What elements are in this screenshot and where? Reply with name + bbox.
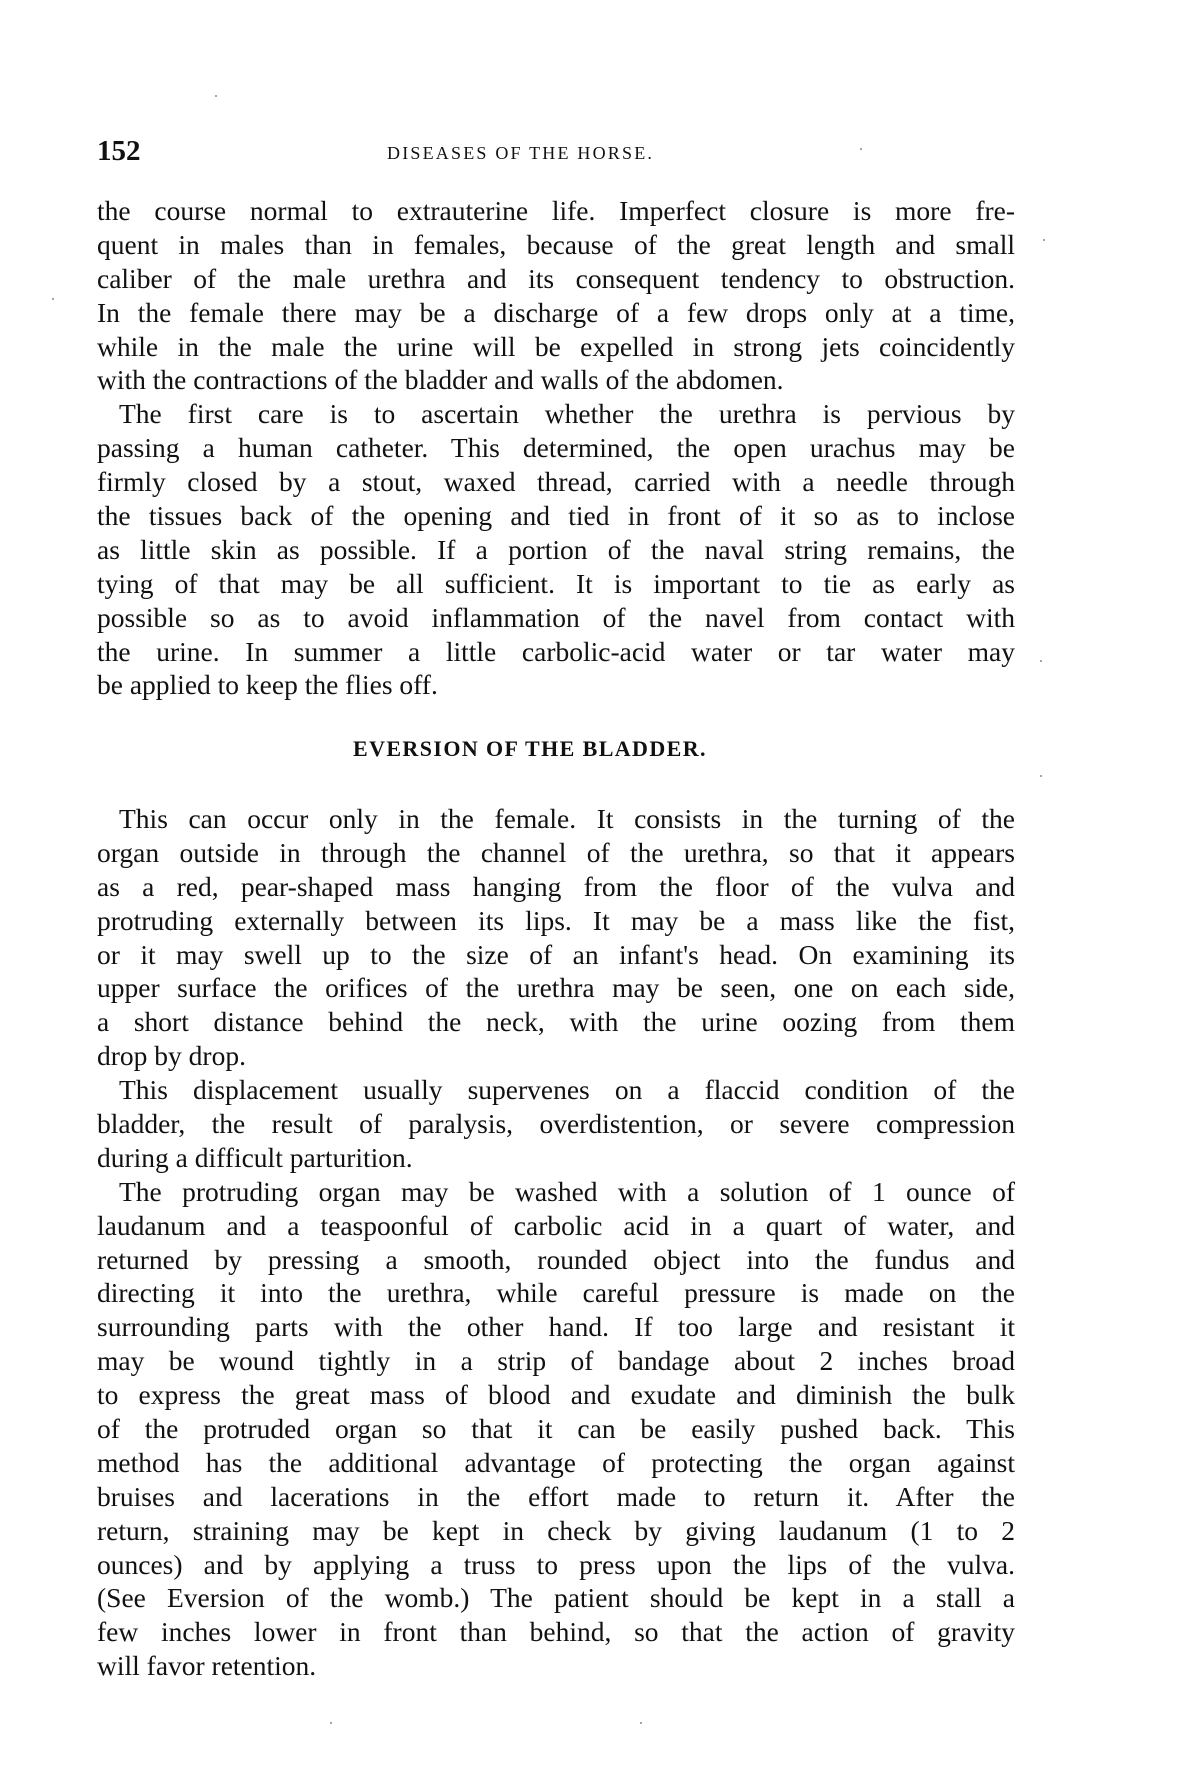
text-line: firmly closed by a stout, waxed thread, … <box>97 465 1015 499</box>
scan-speck <box>860 148 862 150</box>
text-line: be applied to keep the flies off. <box>97 668 1015 702</box>
text-line: few inches lower in front than behind, s… <box>97 1615 1015 1649</box>
text-line: tying of that may be all sufficient. It … <box>97 567 1015 601</box>
scan-speck <box>640 1722 642 1724</box>
running-title: DISEASES OF THE HORSE. <box>387 143 654 163</box>
text-block-urachus: the course normal to extrauterine life. … <box>97 194 1015 702</box>
text-line: as a red, pear-shaped mass hanging from … <box>97 870 1015 904</box>
paragraph-start-line: This can occur only in the female. It co… <box>97 802 1015 836</box>
text-line: will favor retention. <box>97 1649 1015 1683</box>
section-heading: EVERSION OF THE BLADDER. <box>353 736 707 762</box>
text-line: returned by pressing a smooth, rounded o… <box>97 1243 1015 1277</box>
text-line: to express the great mass of blood and e… <box>97 1378 1015 1412</box>
text-line: with the contractions of the bladder and… <box>97 363 1015 397</box>
text-line: quent in males than in females, because … <box>97 228 1015 262</box>
text-line: or it may swell up to the size of an inf… <box>97 938 1015 972</box>
text-line: drop by drop. <box>97 1039 1015 1073</box>
text-line: while in the male the urine will be expe… <box>97 330 1015 364</box>
text-line: of the protruded organ so that it can be… <box>97 1412 1015 1446</box>
text-line: surrounding parts with the other hand. I… <box>97 1310 1015 1344</box>
text-line: method has the additional advantage of p… <box>97 1446 1015 1480</box>
text-line: the urine. In summer a little carbolic-a… <box>97 635 1015 669</box>
text-line: as little skin as possible. If a portion… <box>97 533 1015 567</box>
text-line: the course normal to extrauterine life. … <box>97 194 1015 228</box>
text-line: bladder, the result of paralysis, overdi… <box>97 1107 1015 1141</box>
scan-speck <box>1040 660 1042 662</box>
text-line: bruises and lacerations in the effort ma… <box>97 1480 1015 1514</box>
scan-speck <box>52 298 54 300</box>
text-line: may be wound tightly in a strip of banda… <box>97 1344 1015 1378</box>
scan-speck <box>330 1722 332 1724</box>
text-line: protruding externally between its lips. … <box>97 904 1015 938</box>
text-block-eversion: This can occur only in the female. It co… <box>97 802 1015 1683</box>
text-line: laudanum and a teaspoonful of carbolic a… <box>97 1209 1015 1243</box>
scan-speck <box>1043 239 1045 241</box>
text-line: ounces) and by applying a truss to press… <box>97 1548 1015 1582</box>
text-line: In the female there may be a discharge o… <box>97 296 1015 330</box>
text-line: directing it into the urethra, while car… <box>97 1276 1015 1310</box>
text-line: organ outside in through the channel of … <box>97 836 1015 870</box>
book-page: 152 DISEASES OF THE HORSE. the course no… <box>0 0 1200 1790</box>
text-line: (See Eversion of the womb.) The patient … <box>97 1581 1015 1615</box>
text-line: a short distance behind the neck, with t… <box>97 1005 1015 1039</box>
page-number: 152 <box>97 136 141 166</box>
text-line: caliber of the male urethra and its cons… <box>97 262 1015 296</box>
text-line: the tissues back of the opening and tied… <box>97 499 1015 533</box>
text-line: return, straining may be kept in check b… <box>97 1514 1015 1548</box>
text-line: passing a human catheter. This determine… <box>97 431 1015 465</box>
text-line: possible so as to avoid inflammation of … <box>97 601 1015 635</box>
paragraph-start-line: This displacement usually supervenes on … <box>97 1073 1015 1107</box>
text-line: during a difficult parturition. <box>97 1141 1015 1175</box>
scan-speck <box>1040 775 1042 777</box>
paragraph-start-line: The first care is to ascertain whether t… <box>97 397 1015 431</box>
running-head: 152 DISEASES OF THE HORSE. <box>97 136 1015 166</box>
text-line: upper surface the orifices of the urethr… <box>97 971 1015 1005</box>
scan-speck <box>215 95 217 97</box>
paragraph-start-line: The protruding organ may be washed with … <box>97 1175 1015 1209</box>
